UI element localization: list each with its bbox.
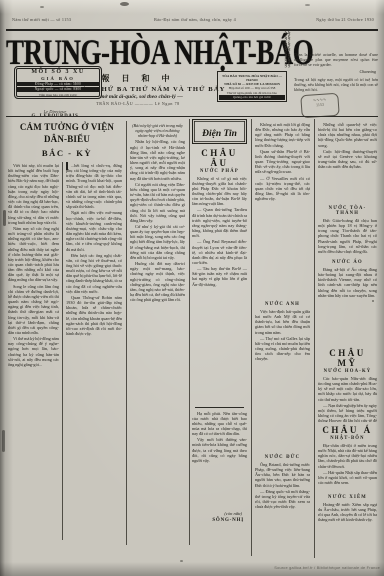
top-rule (6, 29, 378, 31)
telegram-box-title: Điện Tin (202, 129, 237, 139)
telegram-item: — Ở Versailles mới rồi có cuộc kỷ-niệm t… (255, 176, 310, 202)
headline-line2: BẮC - KỲ (8, 148, 126, 158)
body-paragraph: Có người nói rằng viện Dân-biểu chẳng qu… (130, 182, 185, 223)
library-stamp: ∿∿∿∿ 1153 (300, 93, 340, 119)
price-box: MỖI SỐ 3 XU GIÁ BÁO Đông-Pháp — cả năm: … (14, 66, 102, 99)
masthead-rule (6, 116, 378, 117)
heading-austria: NƯỚC ÁO (318, 260, 377, 265)
body-paragraph: Năm nay số các ông nghị mới trúng-cử phầ… (8, 226, 59, 283)
quote-vietnamese: Trong xã hội ngày nay, một người có trí … (294, 77, 378, 92)
scan-speck (180, 560, 183, 562)
telegram-item: Đức Giáo-hoàng đã chịu ban một phiên họp… (318, 218, 377, 254)
telegram-item: Hoàng-đế nước Xiêm sắp ngự du Âu-châu, t… (318, 502, 377, 523)
telegram-item: Những chỗ quan-hệ về việc binh-bị thì ha… (318, 122, 377, 148)
scan-speck (3, 210, 6, 226)
column-rule (314, 119, 315, 558)
office-line: Thư từ ngân-phiếu xin đề tên tòa báo (219, 91, 285, 95)
heading-europe: CHÂU ÂU (192, 148, 247, 168)
telegram-item: Cuộc hội-đồng thương-thuyết sẽ mở tại Ge… (318, 149, 377, 170)
body-paragraph: Vì thế mà kỳ hội-đồng năm nay công-chúng… (8, 336, 59, 367)
body-paragraph: Song le cũng còn lắm ông chỉ chăm về đườ… (8, 284, 59, 336)
telegram-item: — Tàu bay thư-tín Ba-lê — Sài-gòn tuần n… (192, 266, 247, 287)
scan-speck (372, 300, 374, 302)
scan-speck (40, 6, 44, 8)
heading-siam: NƯỚC XIÊM (318, 495, 377, 500)
heading-asia: CHÂU Á (318, 425, 377, 435)
telegram-item: Đảng xã-hội ở Áo cùng đảng bảo-hoàng lại… (318, 267, 377, 298)
body-paragraph: Nhân kỳ hội-đồng, các ông nghị ở lục-tỉn… (130, 139, 185, 180)
body-paragraph: Ngài nói đến việc mở-mang học-chính, việ… (66, 210, 122, 251)
telegram-item: — Hải-quân Nhật sắp thao-diễn lớn ở ngoà… (318, 470, 377, 485)
telegram-item: — Thợ mỏ xứ Galles lại sắp bãi-công vì c… (255, 336, 310, 362)
telegram-item: — Nạn thất-nghiệp bên ấy ngày một thêm, … (318, 403, 377, 422)
price-domestic: Đông-Pháp — cả năm: 5$00 (17, 82, 99, 87)
chain-ornament: §§§§§§§§§§§§§§ (283, 31, 292, 69)
column-rule (126, 121, 127, 545)
column-rule (251, 119, 252, 556)
telegram-item: Không rõ vì cớ gì mà việc thương-thuyết … (192, 176, 247, 207)
quote-attribution: Channing (294, 69, 376, 74)
body-paragraph: Đến lượt các ông nghị chất-vấn, có ông h… (66, 253, 122, 294)
column-4: Điện Tin CHÂU ÂU NƯỚC PHÁP Không rõ vì c… (192, 119, 247, 523)
heading-vatican: NƯỚC TÒA-THÁNH (318, 206, 377, 216)
telegram-item: — Quan thủ-tướng Tardieu đã trình bản dự… (192, 207, 247, 238)
column-5: Không ai nói một lời gì động đến Đức, nh… (255, 122, 310, 542)
office-line: Quảng-cáo xin hỏi giá trước (219, 95, 285, 99)
column-1: Viết bài này, tôi muốn lại hồi tưởng ngh… (8, 163, 59, 539)
body-paragraph: Viết bài này, tôi muốn lại hồi tưởng ngh… (8, 163, 59, 225)
dateline-lunar: Bảo-Đại năm thứ năm, tháng chín, ngày 4 (120, 17, 270, 22)
column-rule (62, 162, 63, 540)
newspaper-page: Năm thứ mười một — số 1153 Bảo-Đại năm t… (0, 0, 384, 576)
body-paragraph: Quan Thống-sứ Robin năm 1930 đó ôn-tồn g… (66, 295, 122, 336)
telegram-item: Quan sứ-thần Pha-lê ở Bá-linh đương thươ… (255, 149, 310, 175)
price-per-issue: MỖI SỐ 3 XU (17, 69, 99, 75)
telegram-item: Các báo-quán Nữu-ước đăng tin rằng sang … (318, 376, 377, 402)
body-paragraph: Huống chi đời nay dân-trí ngày một mở-ma… (130, 261, 185, 302)
body-paragraph: ...hết lòng vì chức-vụ, đừng phụ cái lòn… (66, 163, 122, 209)
quote-block: Dans la société actuelle, un homme doué … (294, 52, 378, 94)
heading-germany: NƯỚC ĐỨC (255, 455, 310, 460)
office-line: TÒA BÁO TRUNG-HÒA NHẬT-BÁO — HANOI (219, 74, 285, 83)
dateline-date: Ngày thứ ba 21 Octobre 1930 (316, 17, 374, 22)
stamp-line: 1153 (302, 101, 338, 108)
telegram-item: — Ông Paul Reynaud diễn-thuyết tại Lyon … (192, 239, 247, 265)
price-header: GIÁ BÁO (17, 76, 99, 81)
dateline-issue: Năm thứ mười một — số 1153 (12, 17, 71, 22)
heading-england: NƯỚC ANH (255, 302, 310, 307)
scan-speck (305, 4, 310, 6)
telegram-item: Ông Briand, thủ-tướng nước Pháp, đề-xướn… (255, 462, 310, 488)
body-paragraph: Cứ như ý ký-giả thì cái cơ-quan ấy tuy q… (130, 224, 185, 260)
telegram-item: Không ai nói một lời gì động đến Đức, nh… (255, 122, 310, 148)
column-3: (Bài này ký-giả viết trong mấy ngày nghị… (130, 123, 185, 539)
price-foreign: Ngoại-quốc — cả năm: 8$00 (17, 87, 99, 92)
headline-line1: CẢM TƯỞNG Ở VIỆN DÂN-BIỂU (8, 121, 126, 145)
gallica-watermark: Source gallica.bnf.fr / Bibliothèque nat… (140, 565, 380, 570)
heading-france: NƯỚC PHÁP (192, 169, 247, 174)
scan-speck (120, 2, 129, 6)
quote-french: Dans la société actuelle, un homme doué … (294, 52, 378, 67)
column-6: Những chỗ quan-hệ về việc binh-bị thì ha… (318, 122, 377, 536)
telegram-box: Điện Tin (192, 119, 247, 144)
column-2: ...hết lòng vì chức-vụ, đừng phụ cái lòn… (66, 163, 122, 539)
heading-america: CHÂU MỸ (318, 348, 377, 368)
telegram-item: Địa-chấn dữ-dội ở miền trung nước Nhật, … (318, 443, 377, 469)
telegram-item: — Đảng quốc-xã mới thắng-thế trong kỳ tổ… (255, 489, 310, 510)
editor-note: (Bài này ký-giả viết trong mấy ngày nghị… (130, 123, 185, 138)
telegram-item: Việc bàn-định hải-quân giữa hai nước Anh… (255, 309, 310, 335)
serial-paragraph: Vậy mới biết đường văn-minh tiến-hóa khô… (192, 437, 247, 463)
author-signature: SÔNG-NHỊ (192, 518, 247, 523)
heading-usa: NƯỚC HOA-KỲ (318, 369, 377, 374)
price-note: Tiền mua báo xin gửi trước (17, 93, 99, 97)
director-block: Le Directeur G. LEBOURDAIS (14, 109, 96, 119)
scan-speck (2, 430, 5, 452)
to-be-continued: (còn nữa) (192, 511, 247, 516)
serial-paragraph: Hạ mỗi phút. Nền tân-công của nước nhà đ… (192, 411, 247, 437)
column-rule (189, 119, 190, 545)
heading-japan: NHẬT-BỔN (318, 436, 377, 441)
section-rule (195, 407, 244, 408)
office-box: TÒA BÁO TRUNG-HÒA NHẬT-BÁO — HANOI NHÀ S… (217, 71, 287, 102)
